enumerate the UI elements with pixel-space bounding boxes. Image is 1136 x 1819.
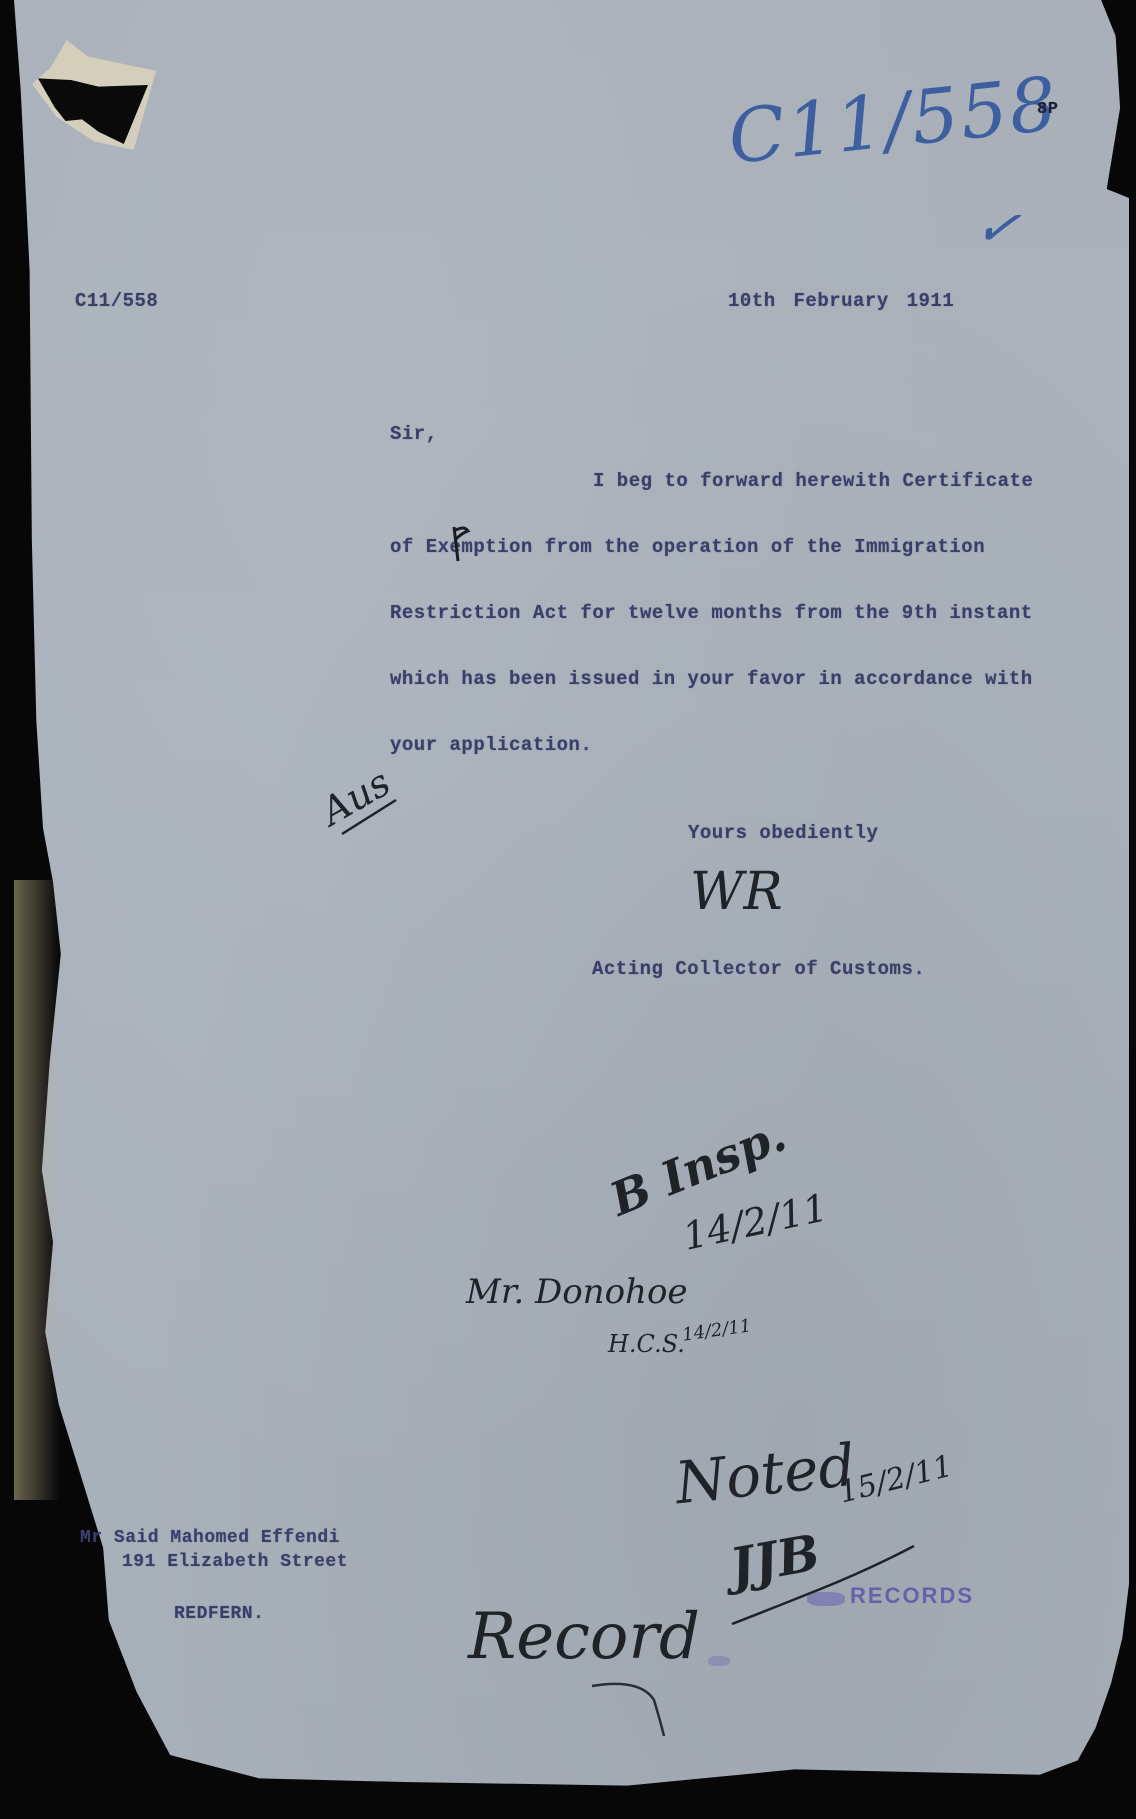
correction-mark-icon: [448, 525, 472, 565]
salutation: Sir,: [390, 423, 438, 445]
signature: WR: [690, 862, 783, 922]
checkmark-icon: ✓: [971, 193, 1025, 262]
signature-title: Acting Collector of Customs.: [592, 958, 925, 980]
record-note: Record: [468, 1600, 700, 1674]
body-line-5: your application.: [390, 734, 592, 756]
body-line-3: Restriction Act for twelve months from t…: [390, 602, 1033, 624]
letter-reference: C11/558: [75, 290, 158, 312]
donohoe-initials: H.C.S.: [608, 1330, 685, 1358]
letter-date: 10th February 1911: [728, 290, 954, 312]
body-line-4: which has been issued in your favor in a…: [390, 668, 1033, 690]
recipient-suburb: REDFERN.: [174, 1604, 264, 1624]
recipient-name: Mr Said Mahomed Effendi: [80, 1528, 340, 1548]
recipient-street: 191 Elizabeth Street: [122, 1552, 348, 1572]
closing: Yours obediently: [688, 822, 878, 844]
records-stamp: RECORDS: [850, 1583, 974, 1609]
body-line-1: I beg to forward herewith Certificate: [593, 470, 1033, 492]
stamp-smudge-small: [708, 1656, 730, 1666]
initials-underline: [340, 790, 400, 840]
record-flourish: [590, 1680, 680, 1740]
stamp-smudge: [807, 1592, 845, 1606]
donohoe-note: Mr. Donohoe: [466, 1272, 688, 1312]
body-line-2: of Exemption from the operation of the I…: [390, 536, 985, 558]
page-code: 8P: [1037, 100, 1058, 119]
